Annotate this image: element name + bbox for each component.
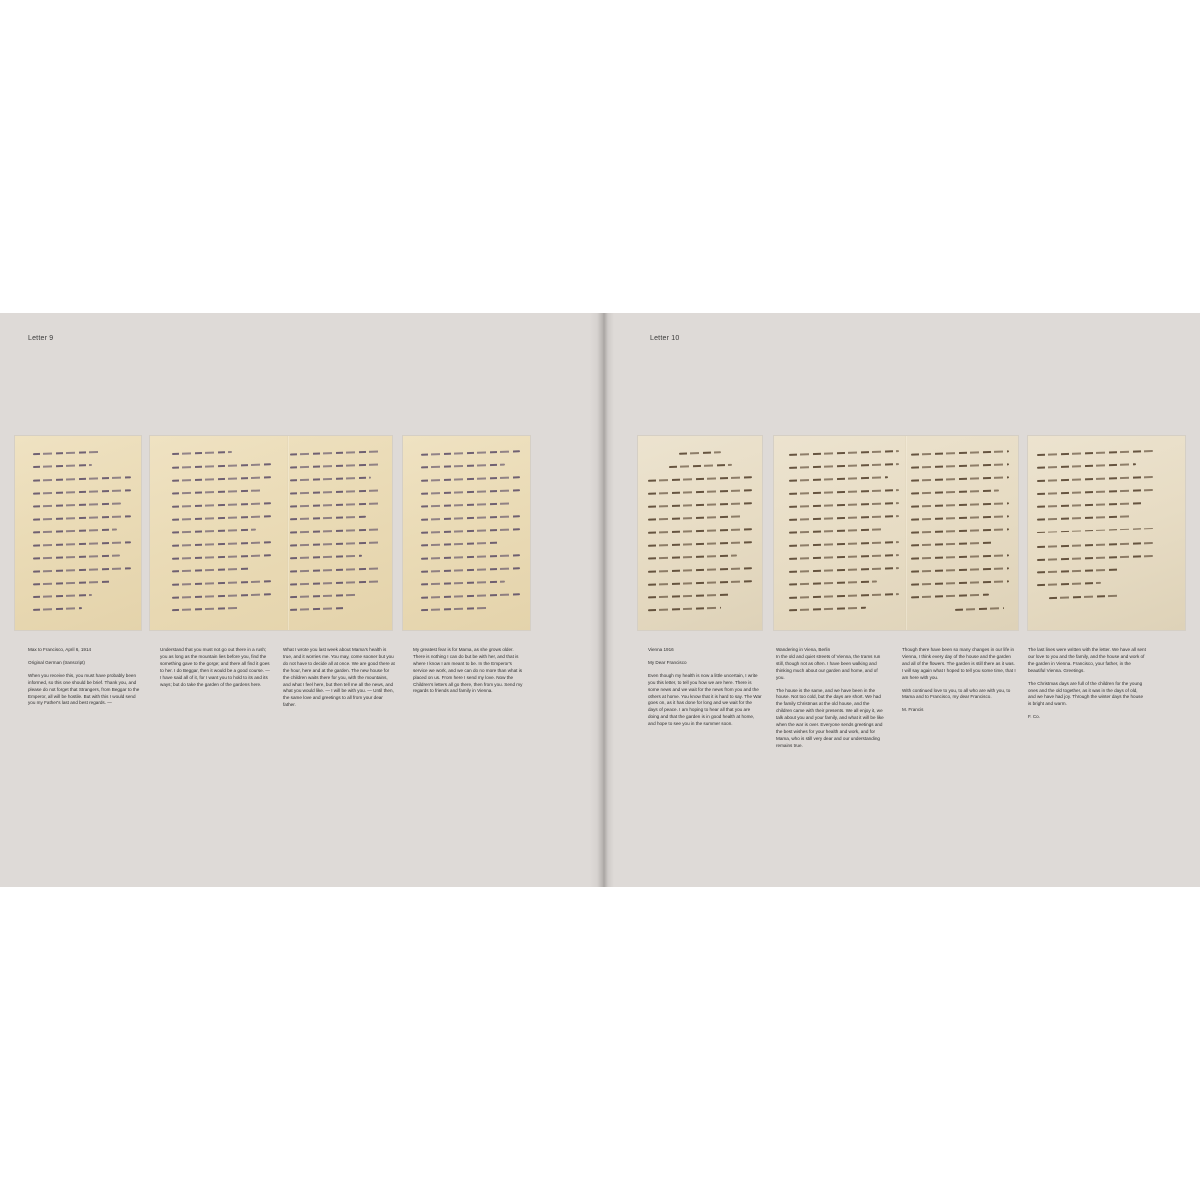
caption-signature: M. Francis — [902, 707, 1016, 714]
caption-title: Max to Francisco, April 6, 1914 — [28, 647, 140, 654]
handwriting — [421, 452, 520, 619]
caption-paragraph: When you receive this, you must have pro… — [28, 673, 140, 708]
caption-paragraph: Though there have been so many changes i… — [902, 647, 1016, 682]
caption-paragraph: With continued love to you, to all who a… — [902, 688, 1016, 702]
book-spread: Letter 9 Max to Francisco, April 6, 1914… — [0, 313, 1200, 887]
caption-column: Vienna 1916 My Dear Francisco Even thoug… — [648, 647, 762, 734]
left-page: Letter 9 Max to Francisco, April 6, 1914… — [0, 313, 598, 887]
caption-subtitle: My Dear Francisco — [648, 660, 762, 667]
letter-image — [15, 436, 141, 630]
handwriting — [1037, 452, 1153, 619]
caption-column: What I wrote you last week about Mama's … — [283, 647, 395, 715]
caption-title: Vienna 1916 — [648, 647, 762, 654]
handwriting — [172, 452, 271, 619]
letter-image-folio — [150, 436, 392, 630]
handwriting — [33, 452, 131, 619]
right-page: Letter 10 Vienna 1916 My Dear Francisco … — [606, 313, 1200, 887]
page-fold — [287, 436, 289, 630]
caption-signature: F. Co. — [1028, 714, 1146, 721]
letter-image — [403, 436, 530, 630]
caption-column: Wandering in Viena, Berlin In the old an… — [776, 647, 884, 756]
caption-paragraph: Understand that you must not go out ther… — [160, 647, 272, 688]
caption-column: Max to Francisco, April 6, 1914 Original… — [28, 647, 140, 713]
letter-image — [638, 436, 762, 630]
running-head: Letter 10 — [650, 335, 679, 342]
handwriting — [290, 452, 380, 619]
caption-paragraph: My greatest fear is for Mama, as she gro… — [413, 647, 525, 695]
caption-title: Wandering in Viena, Berlin — [776, 647, 884, 654]
caption-paragraph: The Christmas days are full of the child… — [1028, 681, 1146, 709]
caption-paragraph: In the old and quiet streets of Vienna, … — [776, 654, 884, 682]
handwriting — [789, 452, 899, 619]
caption-paragraph: The last lines were written with the let… — [1028, 647, 1146, 675]
letter-image-folio — [774, 436, 1018, 630]
caption-paragraph: The house is the same, and we have been … — [776, 688, 884, 750]
caption-column: The last lines were written with the let… — [1028, 647, 1146, 721]
caption-column: Understand that you must not go out ther… — [160, 647, 272, 694]
running-head: Letter 9 — [28, 335, 53, 342]
letter-image — [1028, 436, 1185, 630]
handwriting — [911, 452, 1009, 619]
caption-paragraph: Even though my health is now a little un… — [648, 673, 762, 728]
caption-column: Though there have been so many changes i… — [902, 647, 1016, 714]
page-fold — [905, 436, 907, 630]
caption-subtitle: Original German (transcript) — [28, 660, 140, 667]
caption-paragraph: What I wrote you last week about Mama's … — [283, 647, 395, 709]
caption-column: My greatest fear is for Mama, as she gro… — [413, 647, 525, 701]
handwriting — [648, 452, 752, 619]
